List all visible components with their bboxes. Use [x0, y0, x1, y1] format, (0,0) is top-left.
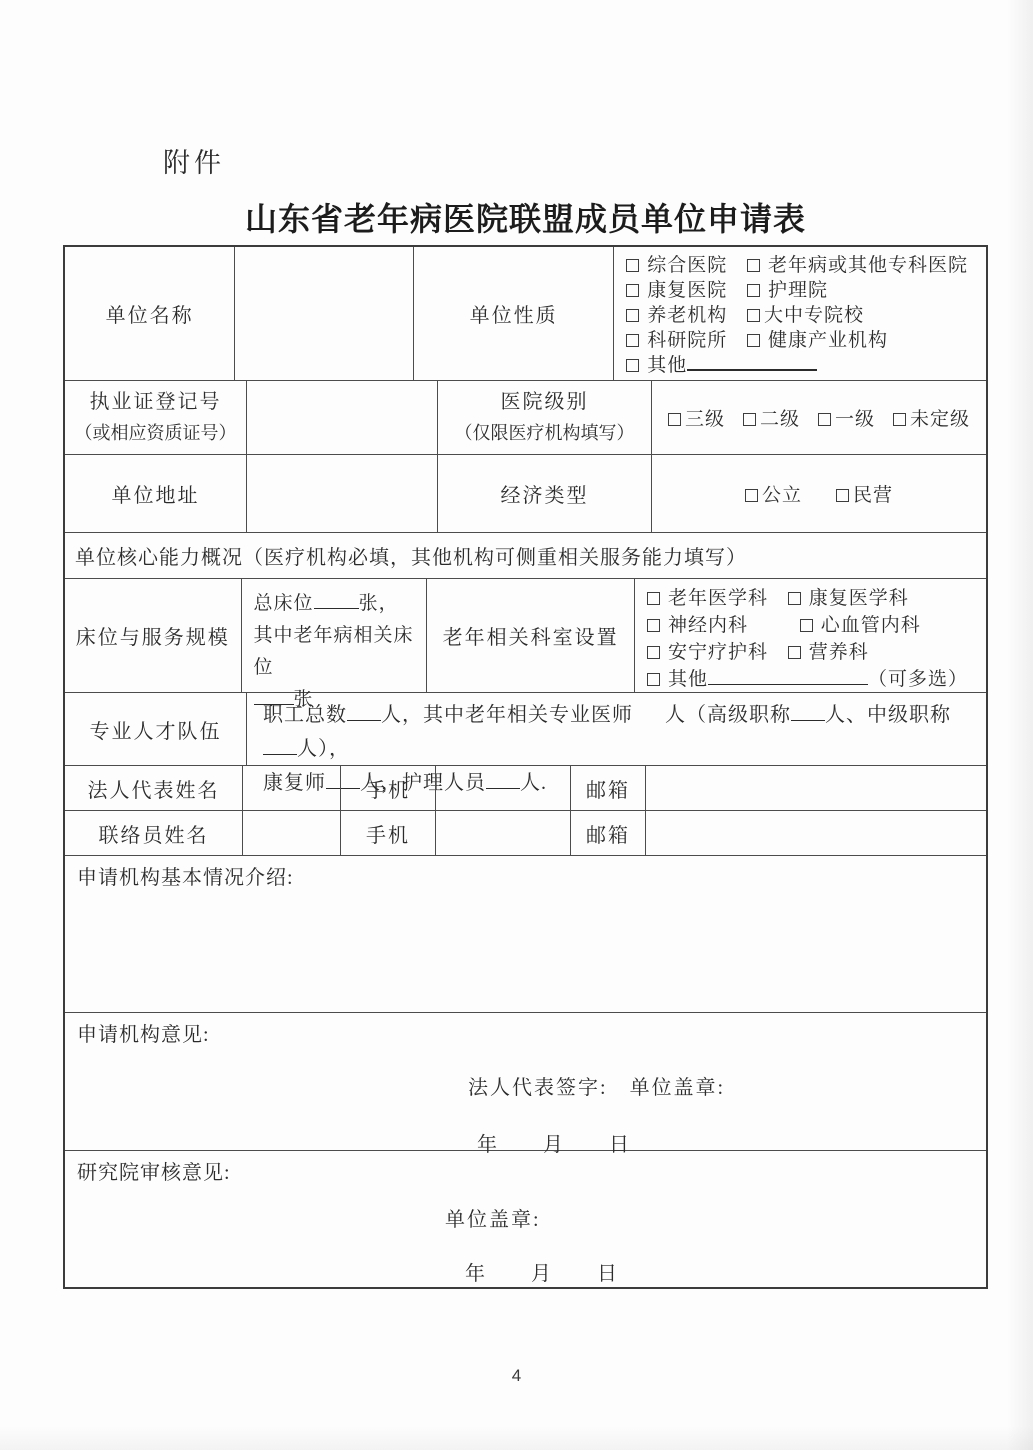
row-talent: 专业人才队伍 职工总数人，其中老年相关专业医师人（高级职称人、中级职称人）， 康… [65, 692, 986, 765]
checkbox-icon [626, 309, 639, 322]
row-core-capability: 单位核心能力概况（医疗机构必填，其他机构可侧重相关服务能力填写） [65, 532, 986, 578]
checkbox-label: 民营 [853, 485, 893, 506]
checkbox-label: 护理院 [768, 280, 828, 301]
row-beds: 床位与服务规模 总床位张， 其中老年病相关床位 张 老年相关科室设置 老年医学科… [65, 578, 986, 692]
checkbox-option: 一级 [818, 404, 875, 431]
checkbox-icon [626, 284, 639, 297]
checkbox-option: 三级 [668, 404, 725, 431]
scanned-form-page: 附件 山东省老年病医院联盟成员单位申请表 单位名称 单位性质 综合医院 老年病或… [0, 0, 1033, 1450]
hospital-level-line1: 医院级别 [455, 387, 635, 418]
checkbox-label: 康复医学科 [809, 588, 909, 609]
checkbox-option: 健康产业机构 [747, 330, 888, 351]
talent-text: 人、中级职称 [825, 704, 951, 726]
row-review-opinion: 研究院审核意见: 单位盖章: 年 月 日 [65, 1150, 986, 1287]
attachment-label: 附件 [163, 141, 225, 180]
checkbox-icon [747, 259, 760, 272]
unit-nature-line-1: 综合医院 老年病或其他专科医院 [626, 253, 982, 278]
talent-detail-cell: 职工总数人，其中老年相关专业医师人（高级职称人、中级职称人）， 康复师人，护理人… [246, 693, 986, 765]
unit-nature-line-5: 其他 [626, 353, 982, 378]
core-capability-label: 单位核心能力概况（医疗机构必填，其他机构可侧重相关服务能力填写） [65, 533, 986, 578]
beds-line-1: 总床位张， [254, 588, 421, 620]
checkbox-icon [647, 619, 660, 632]
unit-name-input-cell [234, 247, 413, 380]
checkbox-icon [668, 413, 681, 426]
address-label: 单位地址 [65, 455, 246, 532]
legal-rep-label: 法人代表姓名 [65, 766, 242, 810]
review-date-line: 年 月 日 [465, 1257, 619, 1286]
seal-label-text: 单位盖章: [630, 1077, 726, 1099]
depts-line-1: 老年医学科 康复医学科 [647, 585, 982, 612]
contact-label: 联络员姓名 [65, 811, 242, 855]
depts-line-2: 神经内科 心血管内科 [647, 612, 982, 639]
checkbox-icon [788, 592, 801, 605]
checkbox-label: 三级 [685, 409, 725, 430]
beds-text: 张， [359, 593, 399, 614]
beds-detail-cell: 总床位张， 其中老年病相关床位 张 [241, 579, 427, 692]
legal-rep-phone-label: 手机 [340, 766, 435, 810]
row-unit-name: 单位名称 单位性质 综合医院 老年病或其他专科医院 康复医院 护理院 养老机构 … [65, 247, 986, 380]
checkbox-option: 营养科 [788, 642, 869, 663]
blank-line [263, 739, 297, 755]
checkbox-label: 营养科 [809, 642, 869, 663]
checkbox-option: 综合医院 [626, 255, 727, 276]
legal-rep-phone-cell [435, 766, 570, 810]
economic-type-label: 经济类型 [437, 455, 651, 532]
checkbox-option: 康复医院 [626, 280, 727, 301]
checkbox-icon [743, 413, 756, 426]
page-number: 4 [0, 1366, 1033, 1386]
license-label-line2: （或相应资质证号） [75, 418, 237, 449]
checkbox-icon [800, 619, 813, 632]
unit-nature-label: 单位性质 [413, 247, 613, 380]
checkbox-label: 一级 [835, 409, 875, 430]
checkbox-option: 老年病或其他专科医院 [747, 255, 968, 276]
checkbox-icon [647, 673, 660, 686]
unit-name-label: 单位名称 [65, 247, 234, 380]
org-opinion-label: 申请机构意见: [77, 1023, 974, 1047]
sign-label-text: 法人代表签字: [468, 1077, 608, 1099]
checkbox-option: 大中专院校 [747, 305, 864, 326]
checkbox-option: 护理院 [747, 280, 828, 301]
talent-text: 人，其中老年相关专业医师 [381, 704, 633, 726]
checkbox-label: 安宁疗护科 [668, 642, 768, 663]
checkbox-label: 科研院所 [647, 330, 727, 351]
unit-nature-line-3: 养老机构 大中专院校 [626, 303, 982, 328]
checkbox-icon [647, 592, 660, 605]
license-label: 执业证登记号 （或相应资质证号） [65, 381, 246, 454]
beds-line-2: 其中老年病相关床位 [254, 620, 421, 684]
org-opinion-cell: 申请机构意见: 法人代表签字: 单位盖章: 年 月 日 [65, 1013, 986, 1150]
contact-name-cell [242, 811, 340, 855]
legal-rep-email-label: 邮箱 [570, 766, 645, 810]
row-address: 单位地址 经济类型 公立 民营 [65, 454, 986, 532]
checkbox-label: 心血管内科 [821, 615, 921, 636]
checkbox-label: 神经内科 [668, 615, 748, 636]
checkbox-option: 公立 [745, 480, 802, 507]
checkbox-label: 公立 [762, 485, 802, 506]
row-org-opinion: 申请机构意见: 法人代表签字: 单位盖章: 年 月 日 [65, 1012, 986, 1150]
checkbox-option: 康复医学科 [788, 588, 909, 609]
checkbox-label: 综合医院 [647, 255, 727, 276]
geriatric-depts-options-cell: 老年医学科 康复医学科 神经内科 心血管内科 安宁疗护科 营养科 其他（可多选） [634, 579, 986, 692]
talent-text: 人（高级职称 [665, 704, 791, 726]
checkbox-icon [747, 334, 760, 347]
checkbox-option: 其他 [626, 355, 817, 376]
checkbox-icon [747, 309, 760, 322]
other-blank-line [687, 355, 817, 371]
depts-line-3: 安宁疗护科 营养科 [647, 639, 982, 666]
checkbox-icon [745, 489, 758, 502]
beds-label: 床位与服务规模 [65, 579, 241, 692]
row-legal-rep: 法人代表姓名 手机 邮箱 [65, 765, 986, 810]
checkbox-option: 养老机构 [626, 305, 727, 326]
checkbox-option: 科研院所 [626, 330, 727, 351]
review-opinion-cell: 研究院审核意见: 单位盖章: 年 月 日 [65, 1151, 986, 1287]
checkbox-label: 其他 [647, 355, 687, 376]
unit-nature-line-2: 康复医院 护理院 [626, 278, 982, 303]
intro-cell: 申请机构基本情况介绍: [65, 856, 986, 1012]
blank-line [791, 705, 825, 721]
unit-nature-line-4: 科研院所 健康产业机构 [626, 328, 982, 353]
scan-shadow-bottom [0, 1426, 1033, 1450]
checkbox-option: 民营 [836, 480, 893, 507]
checkbox-icon [626, 334, 639, 347]
license-input-cell [246, 381, 437, 454]
checkbox-icon [893, 413, 906, 426]
review-seal-label: 单位盖章: [445, 1203, 541, 1232]
multi-select-note: （可多选） [868, 669, 968, 690]
checkbox-label: 其他 [668, 669, 708, 690]
checkbox-label: 养老机构 [647, 305, 727, 326]
legal-rep-name-cell [242, 766, 340, 810]
checkbox-label: 老年病或其他专科医院 [768, 255, 968, 276]
review-opinion-label: 研究院审核意见: [77, 1161, 974, 1185]
checkbox-label: 二级 [760, 409, 800, 430]
contact-phone-cell [435, 811, 570, 855]
contact-phone-label: 手机 [340, 811, 435, 855]
talent-label: 专业人才队伍 [65, 693, 246, 765]
blank-line [347, 705, 381, 721]
row-license: 执业证登记号 （或相应资质证号） 医院级别 （仅限医疗机构填写） 三级 二级 一… [65, 380, 986, 454]
checkbox-option: 神经内科 [647, 615, 780, 636]
checkbox-icon [747, 284, 760, 297]
beds-text: 其中老年病相关床位 [254, 625, 414, 678]
hospital-level-line2: （仅限医疗机构填写） [455, 418, 635, 449]
checkbox-icon [626, 359, 639, 372]
checkbox-option: 老年医学科 [647, 588, 768, 609]
checkbox-label: 老年医学科 [668, 588, 768, 609]
geriatric-depts-label: 老年相关科室设置 [426, 579, 634, 692]
depts-line-4: 其他（可多选） [647, 666, 982, 693]
scan-shadow-right [1007, 0, 1033, 1450]
beds-text: 总床位 [254, 593, 314, 614]
hospital-level-label: 医院级别 （仅限医疗机构填写） [437, 381, 651, 454]
talent-text: 职工总数 [263, 704, 347, 726]
hospital-level-options-cell: 三级 二级 一级 未定级 [651, 381, 986, 454]
checkbox-label: 康复医院 [647, 280, 727, 301]
checkbox-icon [647, 646, 660, 659]
checkbox-label: 大中专院校 [764, 305, 864, 326]
checkbox-label: 未定级 [910, 409, 970, 430]
address-input-cell [246, 455, 437, 532]
checkbox-icon [788, 646, 801, 659]
talent-line-1: 职工总数人，其中老年相关专业医师人（高级职称人、中级职称人）， [263, 698, 976, 766]
legal-rep-email-cell [645, 766, 986, 810]
page-title: 山东省老年病医院联盟成员单位申请表 [63, 194, 988, 240]
blank-line [314, 593, 359, 609]
checkbox-option: 心血管内科 [800, 615, 921, 636]
checkbox-label: 健康产业机构 [768, 330, 888, 351]
checkbox-option: 未定级 [893, 404, 970, 431]
intro-label: 申请机构基本情况介绍: [77, 866, 974, 890]
legal-rep-sign-label: 法人代表签字: 单位盖章: [468, 1071, 725, 1100]
row-contact: 联络员姓名 手机 邮箱 [65, 810, 986, 855]
checkbox-icon [626, 259, 639, 272]
checkbox-option: 安宁疗护科 [647, 642, 768, 663]
checkbox-icon [836, 489, 849, 502]
checkbox-option: 二级 [743, 404, 800, 431]
contact-email-label: 邮箱 [570, 811, 645, 855]
talent-text: 人）， [297, 738, 350, 760]
row-intro: 申请机构基本情况介绍: [65, 855, 986, 1012]
contact-email-cell [645, 811, 986, 855]
license-label-line1: 执业证登记号 [75, 387, 237, 418]
economic-type-options-cell: 公立 民营 [651, 455, 986, 532]
unit-nature-options-cell: 综合医院 老年病或其他专科医院 康复医院 护理院 养老机构 大中专院校 科研院所… [613, 247, 986, 380]
checkbox-icon [818, 413, 831, 426]
checkbox-option: 其他（可多选） [647, 669, 968, 690]
application-form-table: 单位名称 单位性质 综合医院 老年病或其他专科医院 康复医院 护理院 养老机构 … [63, 245, 988, 1289]
other-blank-line [708, 669, 868, 685]
